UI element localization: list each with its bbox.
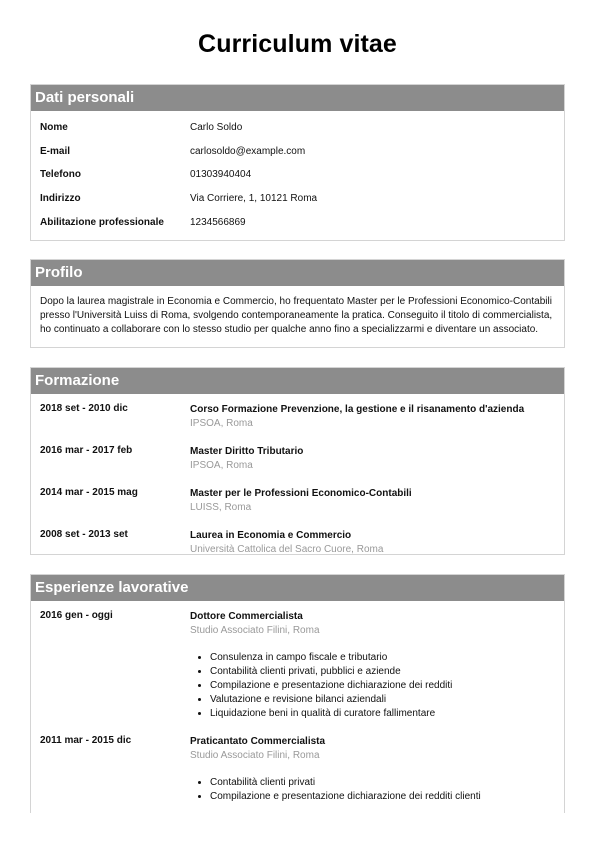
duty-item: Compilazione e presentazione dichiarazio… <box>210 790 555 804</box>
profile-text: Dopo la laurea magistrale in Economia e … <box>40 294 555 348</box>
field-label: Abilitazione professionale <box>40 217 190 228</box>
entry-title: Laurea in Economia e Commercio <box>190 529 555 543</box>
duty-item: Consulenza in campo fiscale e tributario <box>210 651 555 665</box>
entry-institution: Università Cattolica del Sacro Cuore, Ro… <box>190 543 555 557</box>
field-value: Carlo Soldo <box>190 122 555 133</box>
entry-date: 2018 set - 2010 dic <box>40 399 190 431</box>
duty-item: Liquidazione beni in qualità di curatore… <box>210 707 555 721</box>
entry-date: 2014 mar - 2015 mag <box>40 483 190 515</box>
personal-row: Indirizzo Via Corriere, 1, 10121 Roma <box>40 187 555 211</box>
education-entry: 2016 mar - 2017 feb Master Diritto Tribu… <box>40 441 555 473</box>
section-heading: Dati personali <box>31 85 564 111</box>
duty-item: Contabilità clienti privati <box>210 776 555 790</box>
entry-date: 2008 set - 2013 set <box>40 525 190 557</box>
field-value: carlosoldo@example.com <box>190 146 555 157</box>
education-entry: 2008 set - 2013 set Laurea in Economia e… <box>40 525 555 557</box>
personal-row: Abilitazione professionale 1234566869 <box>40 210 555 234</box>
personal-row: Nome Carlo Soldo <box>40 116 555 140</box>
page-title: Curriculum vitae <box>0 30 595 59</box>
entry-date: 2011 mar - 2015 dic <box>40 731 190 804</box>
field-value: 01303940404 <box>190 169 555 180</box>
field-label: E-mail <box>40 146 190 157</box>
entry-employer: Studio Associato Filini, Roma <box>190 624 555 638</box>
field-label: Telefono <box>40 169 190 180</box>
section-heading: Formazione <box>31 368 564 394</box>
personal-row: Telefono 01303940404 <box>40 163 555 187</box>
field-value: Via Corriere, 1, 10121 Roma <box>190 193 555 204</box>
entry-institution: LUISS, Roma <box>190 501 555 515</box>
experience-entry: 2016 gen - oggi Dottore Commercialista S… <box>40 606 555 721</box>
entry-institution: IPSOA, Roma <box>190 459 555 473</box>
duty-item: Compilazione e presentazione dichiarazio… <box>210 679 555 693</box>
duties-list: Consulenza in campo fiscale e tributario… <box>190 651 555 721</box>
entry-title: Praticantato Commercialista <box>190 735 555 749</box>
entry-institution: IPSOA, Roma <box>190 417 555 431</box>
entry-title: Master Diritto Tributario <box>190 445 555 459</box>
entry-date: 2016 gen - oggi <box>40 606 190 721</box>
section-heading: Profilo <box>31 260 564 286</box>
entry-title: Corso Formazione Prevenzione, la gestion… <box>190 403 555 417</box>
field-label: Indirizzo <box>40 193 190 204</box>
duty-item: Valutazione e revisione bilanci aziendal… <box>210 693 555 707</box>
entry-employer: Studio Associato Filini, Roma <box>190 749 555 763</box>
field-value: 1234566869 <box>190 217 555 228</box>
education-entry: 2018 set - 2010 dic Corso Formazione Pre… <box>40 399 555 431</box>
entry-date: 2016 mar - 2017 feb <box>40 441 190 473</box>
section-work-experience: Esperienze lavorative 2016 gen - oggi Do… <box>30 574 565 813</box>
duties-list: Contabilità clienti privati Compilazione… <box>190 776 555 804</box>
section-heading: Esperienze lavorative <box>31 575 564 601</box>
section-education: Formazione 2018 set - 2010 dic Corso For… <box>30 367 565 555</box>
experience-entry: 2011 mar - 2015 dic Praticantato Commerc… <box>40 731 555 804</box>
entry-title: Master per le Professioni Economico-Cont… <box>190 487 555 501</box>
duty-item: Contabilità clienti privati, pubblici e … <box>210 665 555 679</box>
personal-row: E-mail carlosoldo@example.com <box>40 140 555 164</box>
education-entry: 2014 mar - 2015 mag Master per le Profes… <box>40 483 555 515</box>
section-profile: Profilo Dopo la laurea magistrale in Eco… <box>30 259 565 348</box>
section-personal-data: Dati personali Nome Carlo Soldo E-mail c… <box>30 84 565 241</box>
entry-title: Dottore Commercialista <box>190 610 555 624</box>
field-label: Nome <box>40 122 190 133</box>
